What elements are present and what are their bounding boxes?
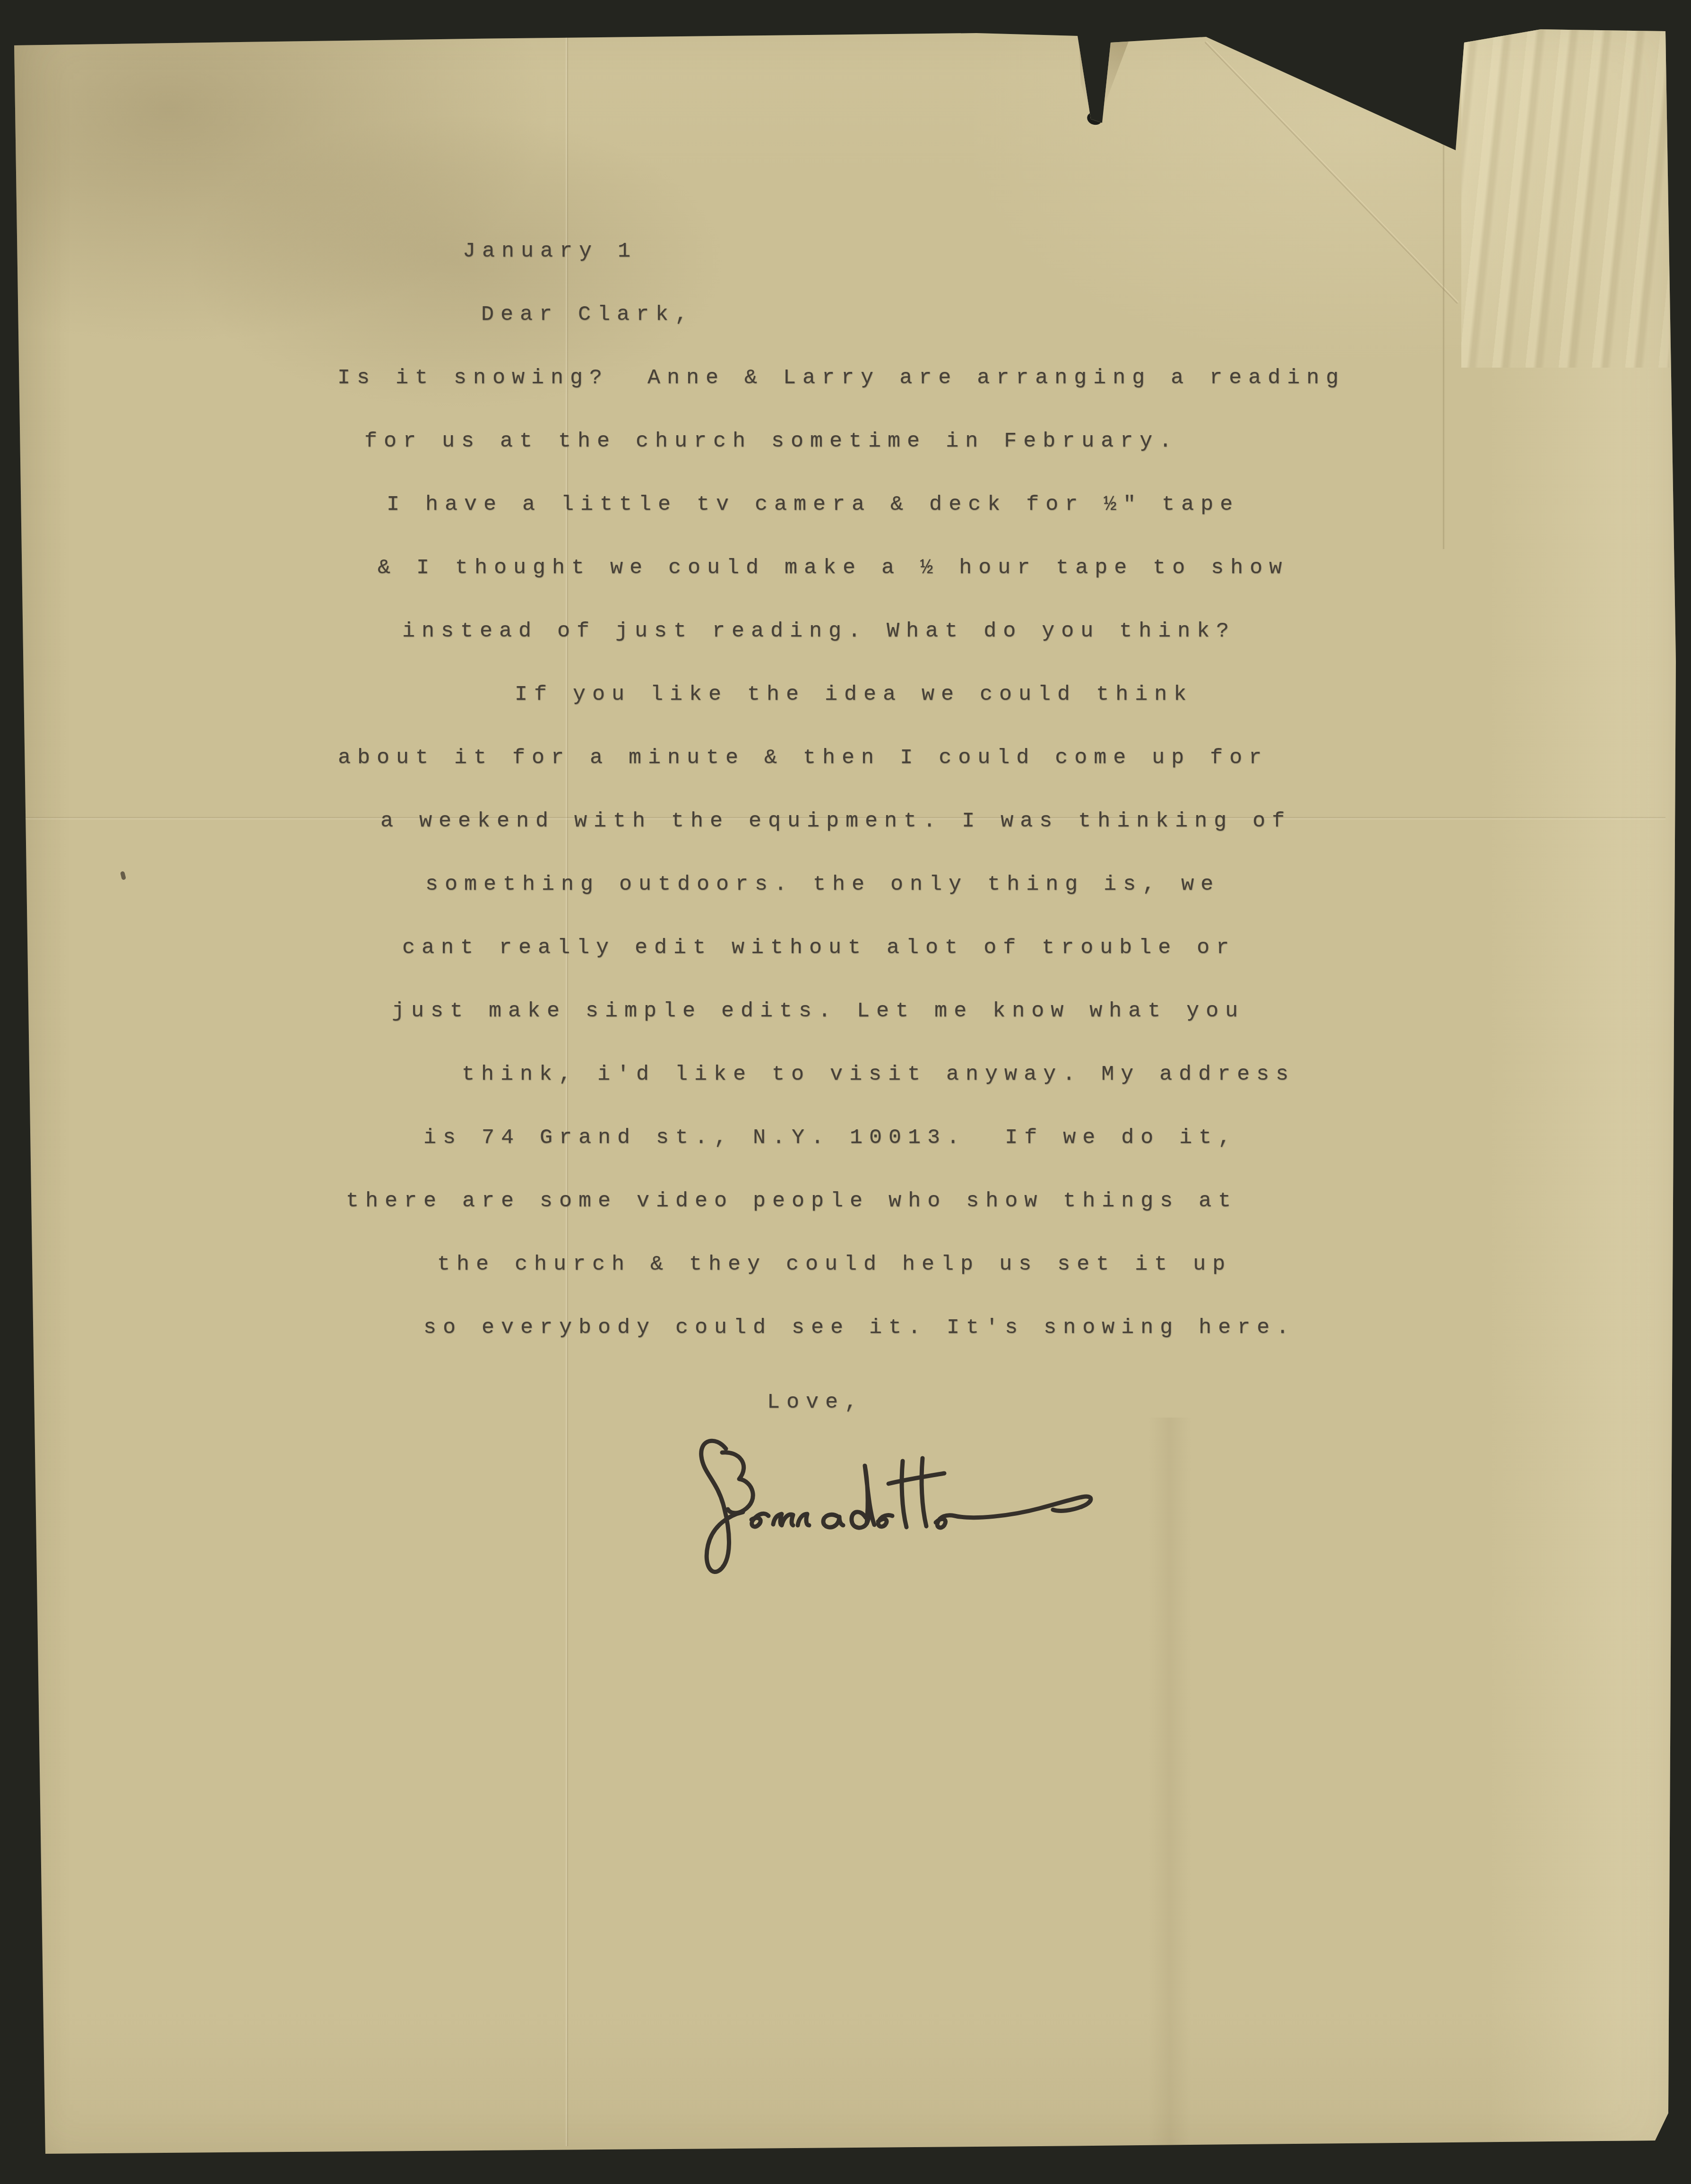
letter-line: I have a little tv camera & deck for ½" … <box>387 494 1239 515</box>
date-line: January 1 <box>463 241 637 262</box>
signature-stroke <box>751 1513 768 1527</box>
top-right-wrinkle <box>1461 27 1669 368</box>
letter-line: something outdoors. the only thing is, w… <box>425 874 1220 895</box>
soft-crease-band <box>1148 1418 1191 2145</box>
signature-stroke <box>773 1514 793 1525</box>
signature-stroke <box>722 1453 753 1513</box>
signature-bernadette: Bernadette <box>681 1432 1125 1588</box>
letter-line: & I thought we could make a ½ hour tape … <box>378 557 1288 578</box>
signature-stroke <box>922 1458 926 1526</box>
letter-line: instead of just reading. What do you thi… <box>402 620 1235 642</box>
letter-paper: January 1Dear Clark,Is it snowing? Anne … <box>0 0 1691 2184</box>
letter-line: so everybody could see it. It's snowing … <box>423 1317 1295 1338</box>
salutation-line: Dear Clark, <box>481 304 694 325</box>
ink-speck <box>120 871 126 880</box>
signature-stroke <box>889 1473 944 1484</box>
letter-line: about it for a minute & then I could com… <box>338 747 1268 768</box>
letter-line: the church & they could help us set it u… <box>437 1254 1232 1275</box>
diagonal-tear-crease <box>1204 41 1458 304</box>
letter-line: a weekend with the equipment. I was thin… <box>380 810 1291 832</box>
letter-line: cant really edit without alot of trouble… <box>402 937 1235 958</box>
letter-line: is 74 Grand st., N.Y. 10013. If we do it… <box>423 1127 1237 1148</box>
right-vertical-crease <box>1442 43 1445 549</box>
scan-background: { "colors": { "background": "#24251f", "… <box>0 0 1691 2184</box>
letter-line: just make simple edits. Let me know what… <box>392 1000 1244 1022</box>
vertical-fold-crease <box>565 34 569 2146</box>
signature-stroke <box>878 1515 892 1526</box>
letter-line: Is it snowing? Anne & Larry are arrangin… <box>337 367 1345 388</box>
letter-line: for us at the church sometime in Februar… <box>364 430 1178 452</box>
letter-line: there are some video people who show thi… <box>346 1190 1237 1212</box>
signature-stroke <box>936 1496 1091 1528</box>
tear-hole <box>1086 111 1104 127</box>
closing-line: Love, <box>767 1392 864 1413</box>
signature-stroke <box>701 1441 743 1572</box>
signature-stroke <box>798 1514 809 1525</box>
signature-stroke <box>902 1461 906 1527</box>
torn-flap-shading <box>1072 36 1129 129</box>
letter-line: think, i'd like to visit anyway. My addr… <box>462 1064 1295 1085</box>
signature-stroke <box>823 1514 843 1527</box>
letter-line: If you like the idea we could think <box>515 684 1193 705</box>
